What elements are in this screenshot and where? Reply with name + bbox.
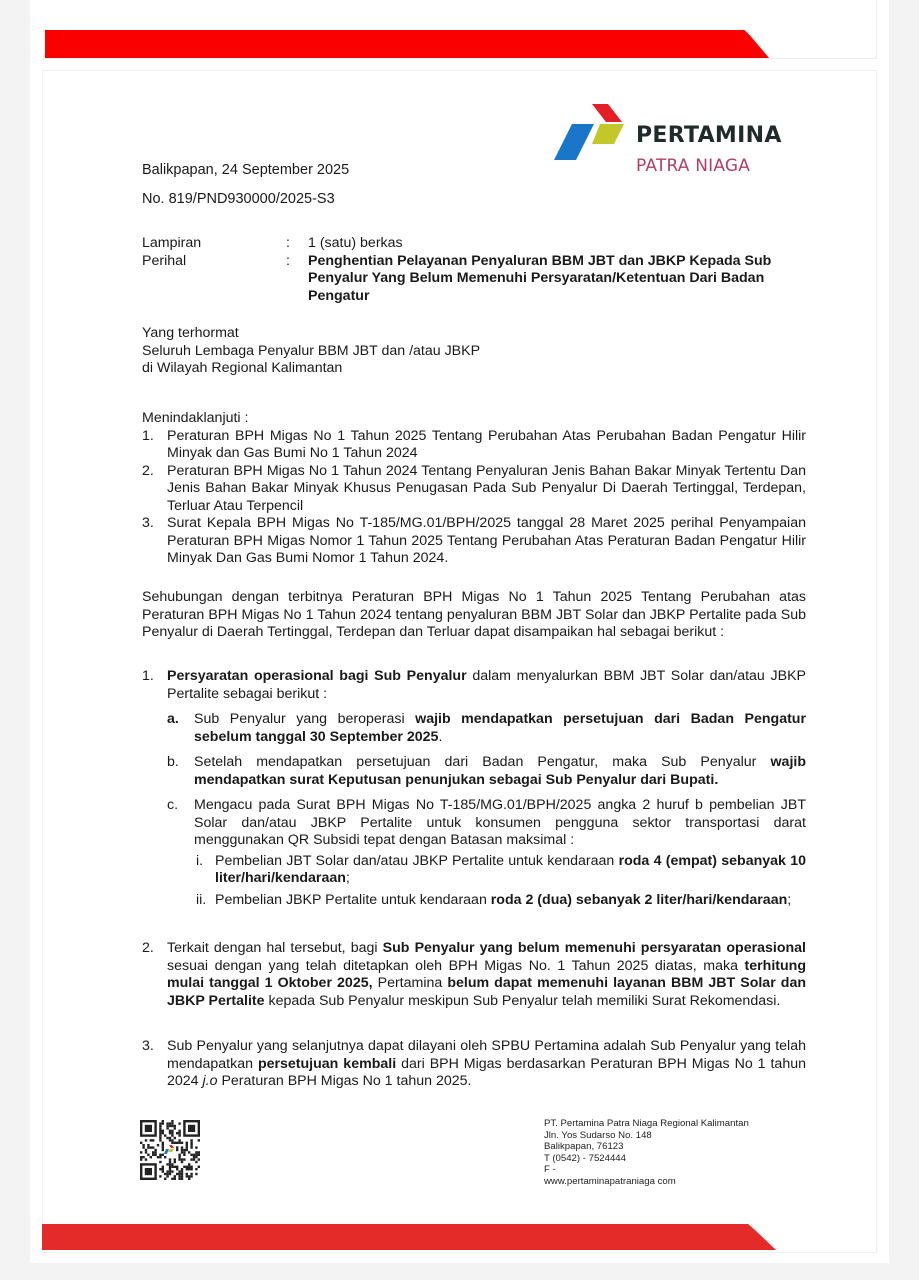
point-3: 3. Sub Penyalur yang selanjutnya dapat d… [142,1038,806,1091]
footer-website[interactable]: www.pertaminapatraniaga com [544,1176,749,1188]
footer-company: PT. Pertamina Patra Niaga Regional Kalim… [544,1118,749,1130]
point-2: 2. Terkait dengan hal tersebut, bagi Sub… [142,940,806,1010]
reference-item: 2. Peraturan BPH Migas No 1 Tahun 2024 T… [142,463,806,516]
subject-label: Perihal [142,253,286,306]
brand-name: PERTAMINA [636,123,782,148]
reference-item: 1. Peraturan BPH Migas No 1 Tahun 2025 T… [142,428,806,463]
references-list: Menindaklanjuti : 1. Peraturan BPH Migas… [142,410,806,568]
point-1: 1. Persyaratan operasional bagi Sub Peny… [142,668,806,909]
recipient-block: Yang terhormat Seluruh Lembaga Penyalur … [142,325,642,378]
place-date: Balikpapan, 24 September 2025 [142,162,349,178]
reference-item: 3. Surat Kepala BPH Migas No T-185/MG.01… [142,515,806,568]
greeting: Yang terhormat [142,325,642,343]
pertamina-emblem-icon [552,100,636,162]
subject-row: Perihal : Penghentian Pelayanan Penyalur… [142,253,802,306]
recipient-line-1: Seluruh Lembaga Penyalur BBM JBT dan /at… [142,343,642,361]
colon: : [286,235,308,253]
footer-street: Jln. Yos Sudarso No. 148 [544,1130,749,1142]
body-intro: Sehubungan dengan terbitnya Peraturan BP… [142,589,806,642]
attachment-value: 1 (satu) berkas [308,235,802,253]
attachment-label: Lampiran [142,235,286,253]
footer-fax: F - [544,1164,749,1176]
letter-number: No. 819/PND930000/2025-S3 [142,191,335,207]
recipient-line-2: di Wilayah Regional Kalimantan [142,360,642,378]
letter-meta: Lampiran : 1 (satu) berkas Perihal : Pen… [142,235,802,305]
point-1a: a. Sub Penyalur yang beroperasi wajib me… [167,711,806,746]
qr-code-icon [140,1120,200,1180]
attachment-row: Lampiran : 1 (satu) berkas [142,235,802,253]
letterhead-red-bar-top [45,30,769,58]
point-1c-i: i. Pembelian JBT Solar dan/atau JBKP Per… [194,853,806,888]
pertamina-logo: PERTAMINA PATRA NIAGA [552,100,792,180]
references-intro: Menindaklanjuti : [142,410,806,428]
subject-value: Penghentian Pelayanan Penyaluran BBM JBT… [308,253,802,306]
point-1c-ii: ii. Pembelian JBKP Pertalite untuk kenda… [194,892,806,910]
footer-city: Balikpapan, 76123 [544,1141,749,1153]
brand-subtitle: PATRA NIAGA [636,156,750,176]
point-1b: b. Setelah mendapatkan persetujuan dari … [167,754,806,789]
footer-address: PT. Pertamina Patra Niaga Regional Kalim… [544,1118,749,1188]
footer-phone: T (0542) - 7524444 [544,1153,749,1165]
colon: : [286,253,308,306]
letterhead-red-bar-bottom [42,1224,776,1250]
point-1c: c. Mengacu pada Surat BPH Migas No T-185… [167,797,806,909]
